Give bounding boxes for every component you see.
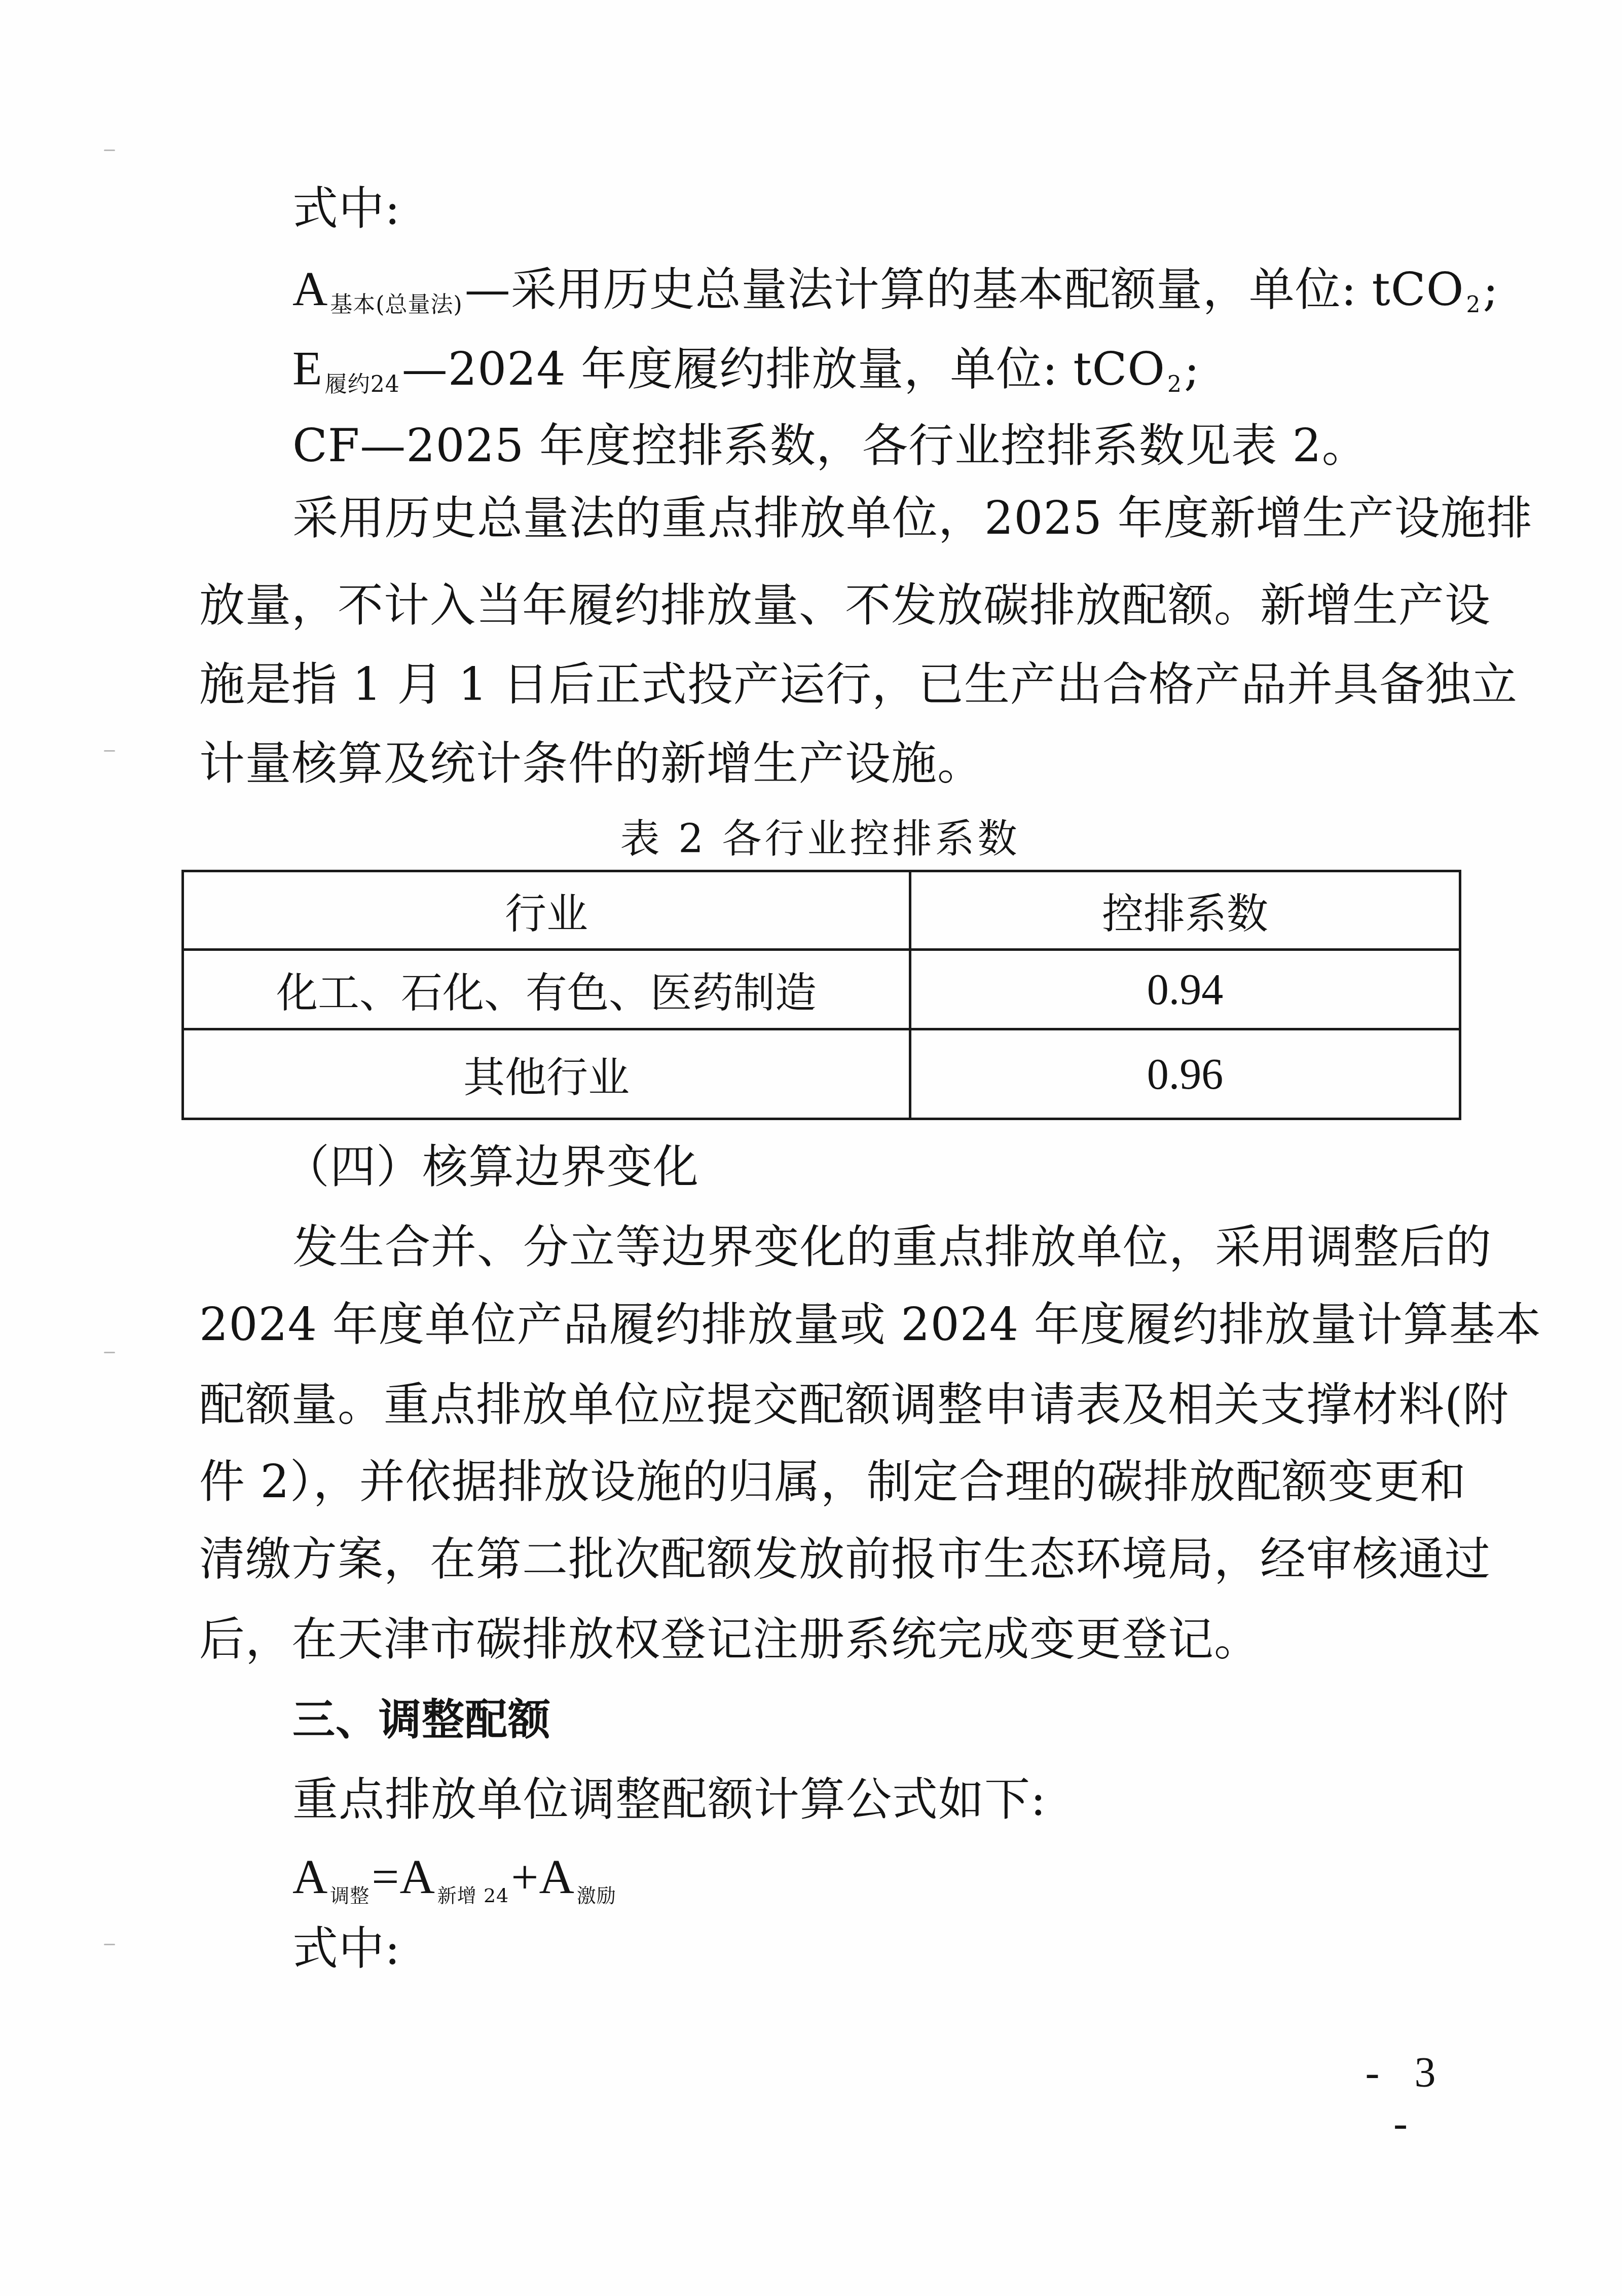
paragraph-line: 后，在天津市碳排放权登记注册系统完成变更登记。 [199,1612,1461,1668]
unit-subscript: 2 [1466,292,1481,318]
definition-cf: CF—2025 年度控排系数，各行业控排系数见表 2。 [292,418,1461,474]
subscript-compliance: 履约24 [325,372,400,397]
page-number: - 3 - [1348,2048,1465,2149]
cell-industry: 化工、石化、有色、医药制造 [183,950,910,1029]
symbol-e: E [292,341,323,395]
formula-lhs-sub: 调整 [330,1884,370,1907]
header-coefficient: 控排系数 [910,871,1460,950]
document-page: 式中: A基本(总量法)—采用历史总量法计算的基本配额量，单位: tCO2; E… [0,0,1622,2296]
symbol-a: A [292,262,328,316]
formula-lhs: A [292,1849,328,1904]
paragraph-line: 配额量。重点排放单位应提交配额调整申请表及相关支撑材料(附 [199,1377,1461,1433]
cell-coefficient: 0.96 [910,1029,1460,1119]
paragraph-line: 采用历史总量法的重点排放单位，2025 年度新增生产设施排 [292,491,1461,546]
header-industry: 行业 [183,871,910,950]
paragraph-line: 施是指 1 月 1 日后正式投产运行，已生产出合格产品并具备独立 [199,657,1461,713]
paragraph-line: 清缴方案，在第二批次配额发放前报市生态环境局，经审核通过 [199,1532,1461,1587]
paragraph-line: 计量核算及统计条件的新增生产设施。 [199,736,1461,792]
formula-equals: = [372,1849,399,1904]
where-label: 式中: [292,181,1461,237]
binding-mark [104,1352,115,1353]
paragraph-line: 发生合并、分立等边界变化的重点排放单位，采用调整后的 [292,1219,1461,1275]
where-label: 式中: [292,1921,1461,1977]
cell-coefficient: 0.94 [910,950,1460,1029]
formula-term2-sub: 激励 [577,1884,616,1907]
binding-mark [104,750,115,752]
definition-a-basic: A基本(总量法)—采用历史总量法计算的基本配额量，单位: tCO2; [292,261,1461,317]
table-header-row: 行业 控排系数 [183,871,1460,950]
cell-industry: 其他行业 [183,1029,910,1119]
paragraph-line: 件 2），并依据排放设施的归属，制定合理的碳排放配额变更和 [199,1454,1461,1510]
definition-e: E履约24—2024 年度履约排放量，单位: tCO2; [292,341,1461,396]
paragraph-line: 放量，不计入当年履约排放量、不发放碳排放配额。新增生产设 [199,578,1461,634]
formula-adjusted-allowance: A调整=A新增 24+A激励 [292,1849,1461,1905]
definition-end: ; [1184,343,1200,396]
table-row: 化工、石化、有色、医药制造 0.94 [183,950,1460,1029]
binding-mark [104,150,115,151]
formula-term2: A [539,1849,574,1904]
formula-term1: A [399,1849,435,1904]
definition-text: —采用历史总量法计算的基本配额量，单位: tCO [465,263,1464,316]
formula-plus: + [511,1849,539,1904]
section-intro: 重点排放单位调整配额计算公式如下: [292,1772,1461,1828]
control-emission-coefficient-table: 行业 控排系数 化工、石化、有色、医药制造 0.94 其他行业 0.96 [181,870,1461,1120]
definition-end: ; [1483,263,1498,316]
definition-text: —2024 年度履约排放量，单位: tCO [402,343,1165,396]
table-caption: 表 2 各行业控排系数 [181,814,1459,865]
table-row: 其他行业 0.96 [183,1029,1460,1119]
binding-mark [104,1944,115,1945]
subsection-title: （四）核算边界变化 [284,1139,1546,1195]
paragraph-line: 2024 年度单位产品履约排放量或 2024 年度履约排放量计算基本 [199,1297,1461,1353]
subscript-basic: 基本(总量法) [330,292,462,318]
unit-subscript: 2 [1167,372,1182,397]
section-title: 三、调整配额 [292,1692,1461,1748]
formula-term1-sub: 新增 24 [437,1884,509,1907]
